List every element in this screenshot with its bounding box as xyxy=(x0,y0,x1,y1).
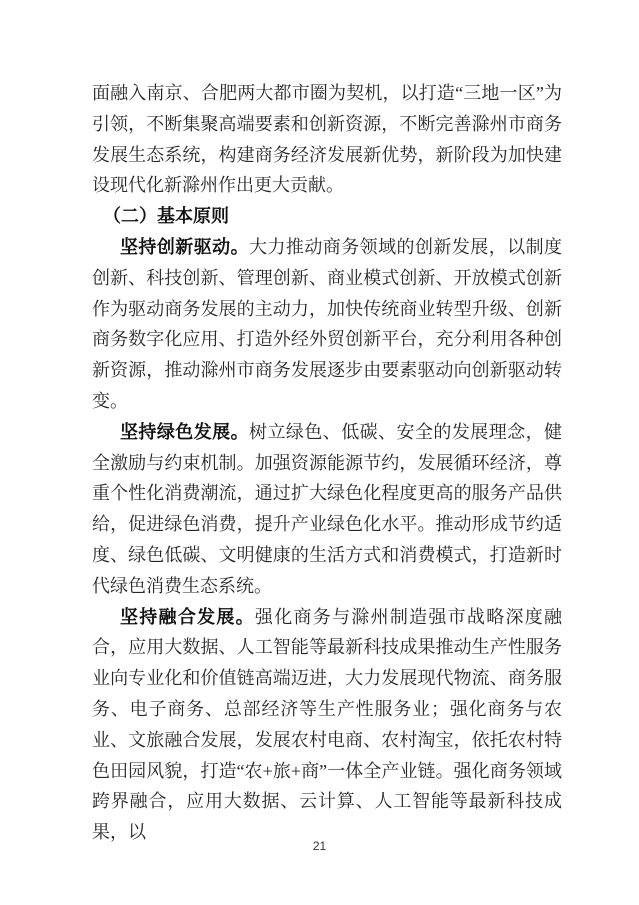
paragraph-lead: 坚持创新驱动。 xyxy=(120,237,249,257)
section-heading: （二）基本原则 xyxy=(92,201,562,232)
paragraph: 坚持绿色发展。树立绿色、低碳、安全的发展理念，健全激励与约束机制。加强资源能源节… xyxy=(92,417,562,602)
paragraph: 坚持创新驱动。大力推动商务领域的创新发展，以制度创新、科技创新、管理创新、商业模… xyxy=(92,232,562,417)
page-number: 21 xyxy=(0,839,639,853)
paragraph-lead: 坚持融合发展。 xyxy=(120,607,255,627)
page-content: 面融入南京、合肥两大都市圈为契机，以打造“三地一区”为引领，不断集聚高端要素和创… xyxy=(92,78,562,848)
document-page: 面融入南京、合肥两大都市圈为契机，以打造“三地一区”为引领，不断集聚高端要素和创… xyxy=(0,0,639,905)
paragraph: 面融入南京、合肥两大都市圈为契机，以打造“三地一区”为引领，不断集聚高端要素和创… xyxy=(92,78,562,201)
paragraph-lead: 坚持绿色发展。 xyxy=(120,422,249,442)
paragraph: 坚持融合发展。强化商务与滁州制造强市战略深度融合，应用大数据、人工智能等最新科技… xyxy=(92,602,562,848)
